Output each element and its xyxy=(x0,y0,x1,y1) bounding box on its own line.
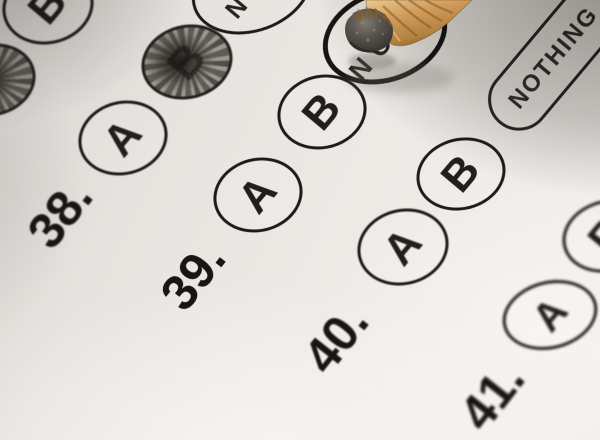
answer-sheet-photo: B 38. A B N 39. A B NO 40. A B NOTHING 4… xyxy=(0,0,600,440)
bubble-39-a: A xyxy=(205,148,310,242)
nothing-option-pill-40: NOTHING xyxy=(475,0,600,143)
question-number-39: 39. xyxy=(152,233,234,319)
bubble-38-a: A xyxy=(70,91,175,185)
bubble-40-b: B xyxy=(409,128,514,220)
question-number-40: 40. xyxy=(295,296,377,382)
bubble-40-a: A xyxy=(349,199,457,295)
bubble-37-b: B xyxy=(0,0,102,54)
question-number-38: 38. xyxy=(19,171,101,257)
nothing-option-label: NOTHING xyxy=(490,1,600,130)
bubble-letter: B xyxy=(581,210,600,263)
bubble-37-a-filled xyxy=(0,34,43,125)
bubble-41-a: A xyxy=(495,270,600,359)
bubble-letter: B xyxy=(434,148,488,201)
bubble-letter: A xyxy=(96,112,150,165)
question-number-41: 41. xyxy=(451,353,533,439)
bubble-letter: B xyxy=(160,36,214,89)
bubble-letter: B xyxy=(21,0,75,32)
bubble-letter: A xyxy=(231,169,285,222)
bubble-41-b: B xyxy=(555,190,600,282)
bubble-letter: B xyxy=(295,86,349,139)
bubble-letter: A xyxy=(376,221,430,274)
bubble-letter: A xyxy=(525,291,574,339)
